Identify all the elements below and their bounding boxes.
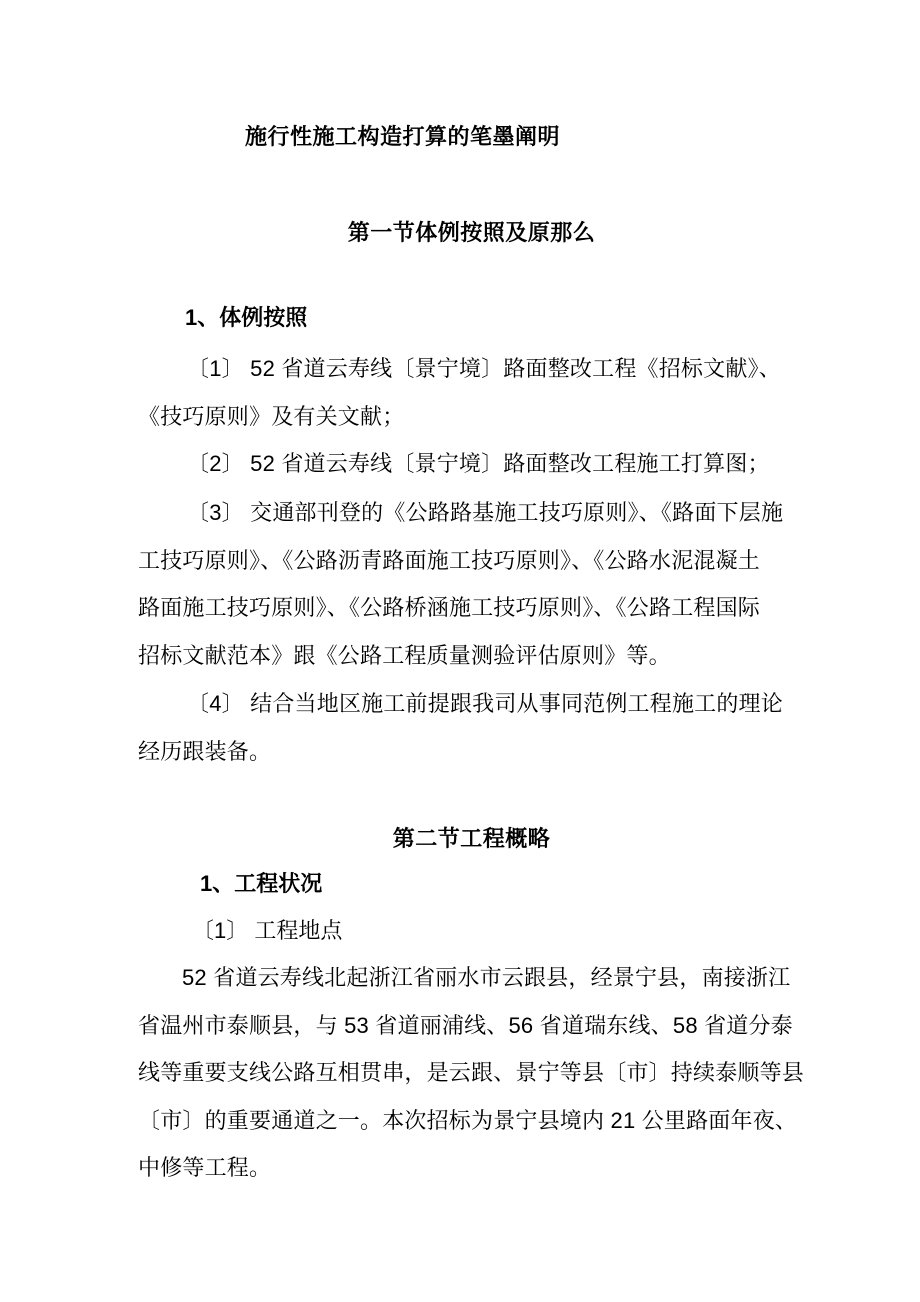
- section-2-subheading: 1、工程状况: [200, 869, 322, 899]
- section-1-paragraph-3: 〔3〕 交通部刊登的《公路路基施工技巧原则》、《路面下层施 工技巧原则》、《公路…: [138, 489, 805, 679]
- section-1-heading: 第一节体例按照及原那么: [138, 218, 805, 248]
- section-2-item-1-heading: 〔1〕 工程地点: [192, 916, 342, 946]
- section-2-heading: 第二节工程概略: [138, 824, 805, 854]
- section-1-paragraph-1: 〔1〕 52 省道云寿线〔景宁境〕路面整改工程《招标文献》、 《技巧原则》及有关…: [138, 345, 805, 440]
- section-1-subheading: 1、体例按照: [185, 303, 307, 333]
- section-2-paragraph-1: 52 省道云寿线北起浙江省丽水市云跟县，经景宁县，南接浙江 省温州市泰顺县，与 …: [138, 954, 805, 1192]
- document-title: 施行性施工构造打算的笔墨阐明: [245, 122, 560, 152]
- document-page: 施行性施工构造打算的笔墨阐明 第一节体例按照及原那么 1、体例按照 〔1〕 52…: [0, 0, 920, 1302]
- section-1-paragraph-2: 〔2〕 52 省道云寿线〔景宁境〕路面整改工程施工打算图；: [138, 440, 805, 488]
- section-1-paragraph-4: 〔4〕 结合当地区施工前提跟我司从事同范例工程施工的理论 经历跟装备。: [138, 680, 805, 775]
